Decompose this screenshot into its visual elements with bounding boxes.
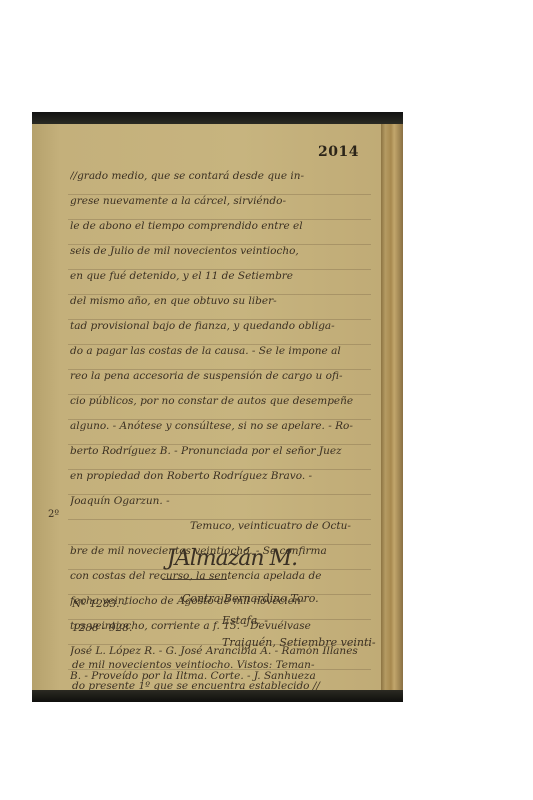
text-line: //grado medio, que se contará desde que … — [70, 164, 370, 189]
scan-bottom-edge — [32, 690, 403, 702]
text-line: reo la pena accesoria de suspensión de c… — [70, 364, 370, 389]
scan-top-edge — [32, 112, 403, 124]
case-charge: Estafa. - — [222, 614, 268, 627]
text-line: grese nuevamente a la cárcel, sirviéndo- — [70, 189, 370, 214]
text-line: do a pagar las costas de la causa. - Se … — [70, 339, 370, 364]
text-line: del mismo año, en que obtuvo su liber- — [70, 289, 370, 314]
document-scan: 2014 //grado medio, que se contará desde… — [32, 112, 403, 702]
case-reference: 1288 - 928. — [72, 622, 132, 634]
text-line: en que fué detenido, y el 11 de Setiembr… — [70, 264, 370, 289]
case-number: Nº 1283. - — [72, 598, 126, 610]
second-entry-opening: Temuco, veinticuatro de Octu- — [70, 514, 370, 539]
text-line: tad provisional bajo de fianza, y quedan… — [70, 314, 370, 339]
signature: JAlmazán M. — [167, 546, 297, 571]
margin-note: 2º — [48, 509, 59, 520]
text-line: alguno. - Anótese y consúltese, si no se… — [70, 414, 370, 439]
text-line: Joaquín Ogarzun. - — [70, 489, 370, 514]
text-line: seis de Julio de mil novecientos veintio… — [70, 239, 370, 264]
ledger-page: 2014 //grado medio, que se contará desde… — [32, 124, 381, 690]
page-number: 2014 — [318, 144, 359, 160]
case-title: Contra Bernardino Toro. — [182, 592, 319, 605]
text-line: cio públicos, por no constar de autos qu… — [70, 389, 370, 414]
text-line: berto Rodríguez B. - Pronunciada por el … — [70, 439, 370, 464]
text-line: en propiedad don Roberto Rodríguez Bravo… — [70, 464, 370, 489]
text-line: le de abono el tiempo comprendido entre … — [70, 214, 370, 239]
signature-underline — [162, 579, 227, 580]
book-gutter — [381, 124, 403, 690]
text-line: de mil novecientos veintiocho. Vistos: T… — [72, 659, 315, 671]
case-opening: Traiguén, Setiembre veinti- — [222, 636, 376, 649]
